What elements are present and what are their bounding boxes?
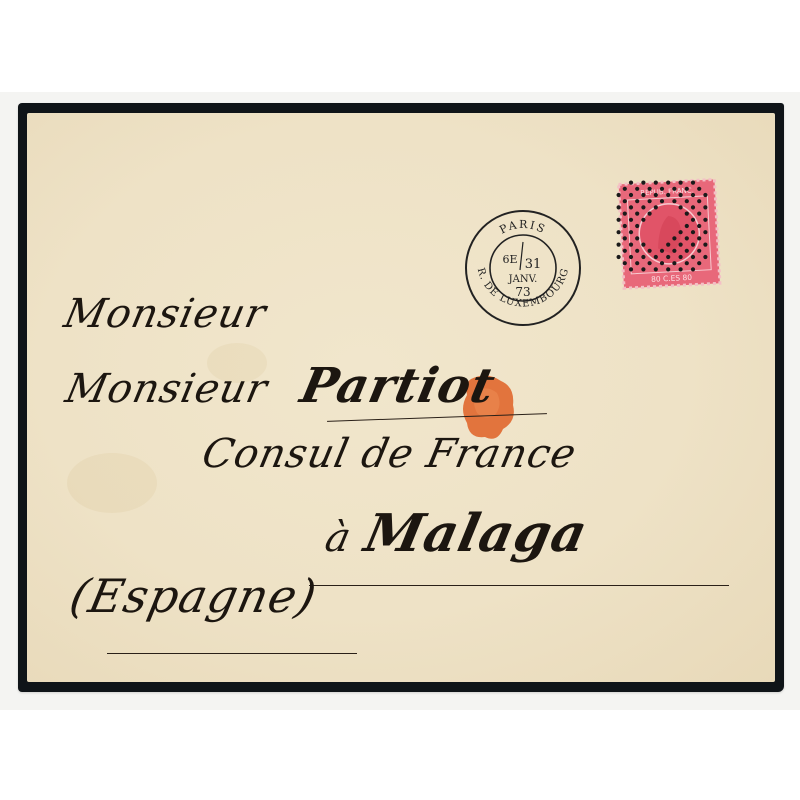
postmark-collection: 6E (502, 253, 517, 266)
postmark-cds: PARIS R. DE LUXEMBOURG 6E 31 JANV. 73 (463, 208, 583, 328)
postmark-year: 73 (515, 285, 530, 299)
ceres-stamp: REPUB. FRANC. 80 C.ES 80 (607, 168, 725, 290)
recipient-name: Partiot (296, 358, 501, 414)
address-line-1: Monsieur (60, 291, 270, 337)
mourning-envelope: PARIS R. DE LUXEMBOURG 6E 31 JANV. 73 (18, 103, 784, 692)
postmark-month: JANV. (508, 274, 538, 285)
paper-stain (67, 453, 157, 513)
address-line-5: (Espagne) (65, 569, 322, 623)
postmark-top-text: PARIS (497, 218, 548, 237)
address-line-3: Consul de France (198, 431, 581, 477)
postmark-day: 31 (525, 257, 542, 272)
underline (309, 585, 729, 586)
underline (107, 653, 357, 654)
envelope-paper: PARIS R. DE LUXEMBOURG 6E 31 JANV. 73 (27, 113, 775, 682)
address-line-4: àMalaga (321, 503, 594, 564)
svg-text:PARIS: PARIS (497, 218, 548, 237)
address-line-2: MonsieurPartiot (61, 358, 500, 414)
destination-city: Malaga (359, 503, 593, 564)
